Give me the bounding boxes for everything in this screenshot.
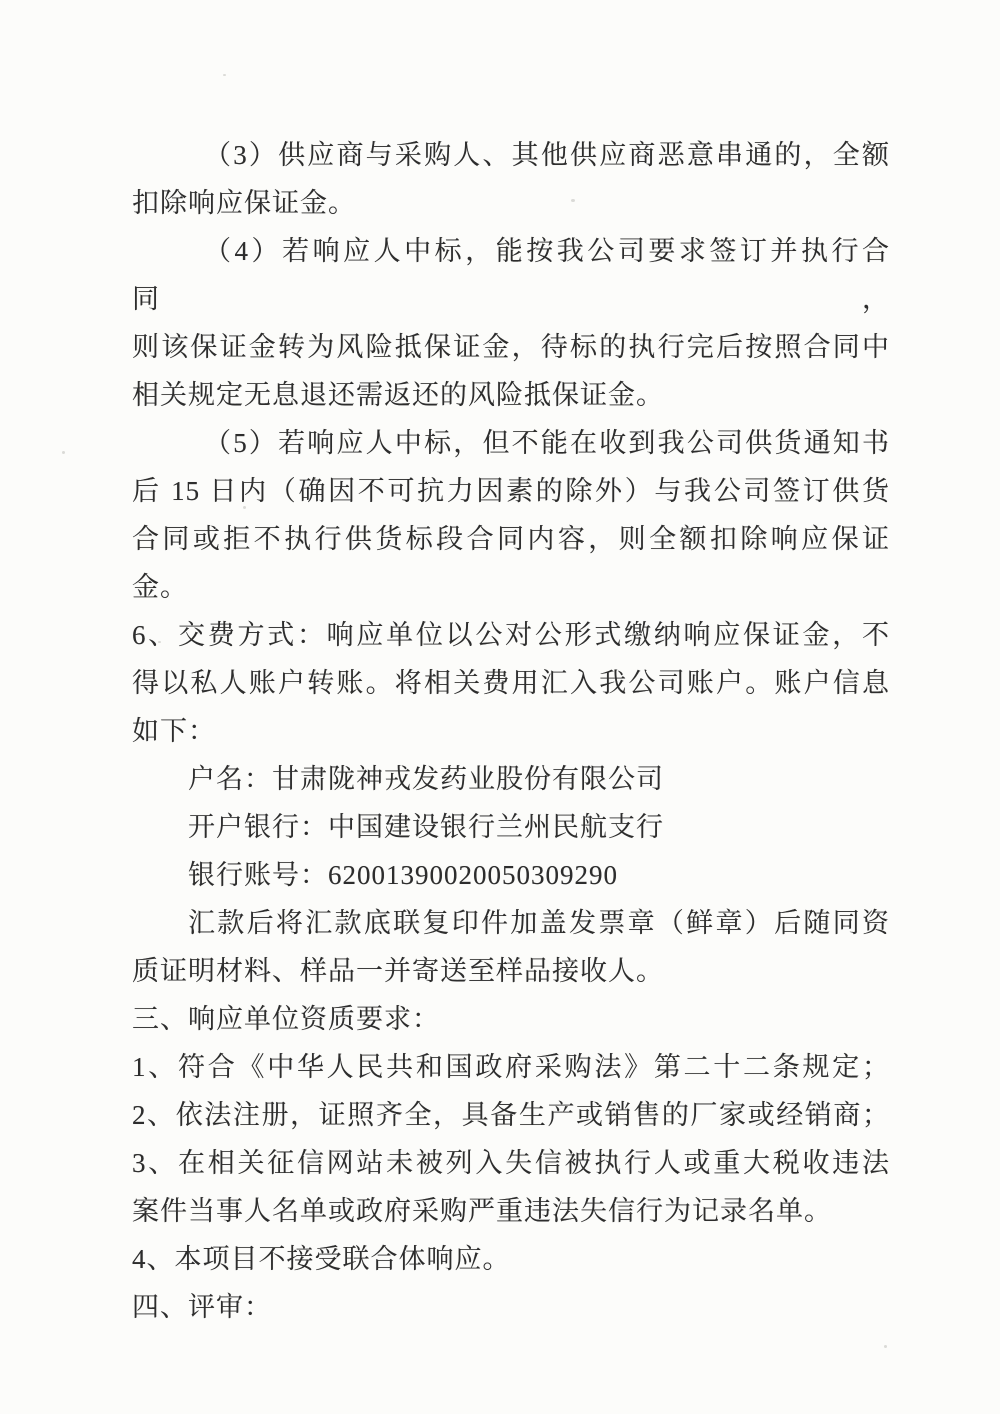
clause-5-line-4: 金。: [132, 563, 890, 611]
clause-5-line-2: 后 15 日内（确因不可抗力因素的除外）与我公司签订供货: [132, 467, 890, 515]
clause-4-line-1: （4）若响应人中标，能按我公司要求签订并执行合同，: [132, 227, 890, 323]
clause-3-line-1: （3）供应商与采购人、其他供应商恶意串通的，全额: [132, 131, 890, 179]
account-bank-line: 开户银行：中国建设银行兰州民航支行: [132, 803, 890, 851]
section-3-heading: 三、响应单位资质要求：: [132, 995, 890, 1043]
document-body: （3）供应商与采购人、其他供应商恶意串通的，全额 扣除响应保证金。 （4）若响应…: [132, 131, 890, 1331]
qualification-item-1: 1、符合《中华人民共和国政府采购法》第二十二条规定；: [132, 1043, 890, 1091]
qualification-item-3-line-1: 3、在相关征信网站未被列入失信被执行人或重大税收违法: [132, 1139, 890, 1187]
qualification-item-2: 2、依法注册，证照齐全，具备生产或销售的厂家或经销商；: [132, 1091, 890, 1139]
document-page: （3）供应商与采购人、其他供应商恶意串通的，全额 扣除响应保证金。 （4）若响应…: [0, 0, 1000, 1414]
account-number-line: 银行账号：62001390020050309290: [132, 851, 890, 899]
remittance-note-line-2: 质证明材料、样品一并寄送至样品接收人。: [132, 947, 890, 995]
clause-5-line-3: 合同或拒不执行供货标段合同内容，则全额扣除响应保证: [132, 515, 890, 563]
clause-4-line-2: 则该保证金转为风险抵保证金，待标的执行完后按照合同中: [132, 323, 890, 371]
section-4-heading: 四、评审：: [132, 1283, 890, 1331]
payment-method-line-3: 如下：: [132, 707, 890, 755]
scan-speck: [223, 74, 226, 76]
qualification-item-3-line-2: 案件当事人名单或政府采购严重违法失信行为记录名单。: [132, 1187, 890, 1235]
scan-speck: [884, 1345, 887, 1348]
payment-method-line-2: 得以私人账户转账。将相关费用汇入我公司账户。账户信息: [132, 659, 890, 707]
clause-4-line-3: 相关规定无息退还需返还的风险抵保证金。: [132, 371, 890, 419]
payment-method-line-1: 6、交费方式：响应单位以公对公形式缴纳响应保证金，不: [132, 611, 890, 659]
account-holder-line: 户名：甘肃陇神戎发药业股份有限公司: [132, 755, 890, 803]
clause-3-line-2: 扣除响应保证金。: [132, 179, 890, 227]
remittance-note-line-1: 汇款后将汇款底联复印件加盖发票章（鲜章）后随同资: [132, 899, 890, 947]
clause-5-line-1: （5）若响应人中标，但不能在收到我公司供货通知书: [132, 419, 890, 467]
scan-speck: [62, 451, 65, 454]
qualification-item-4: 4、本项目不接受联合体响应。: [132, 1235, 890, 1283]
